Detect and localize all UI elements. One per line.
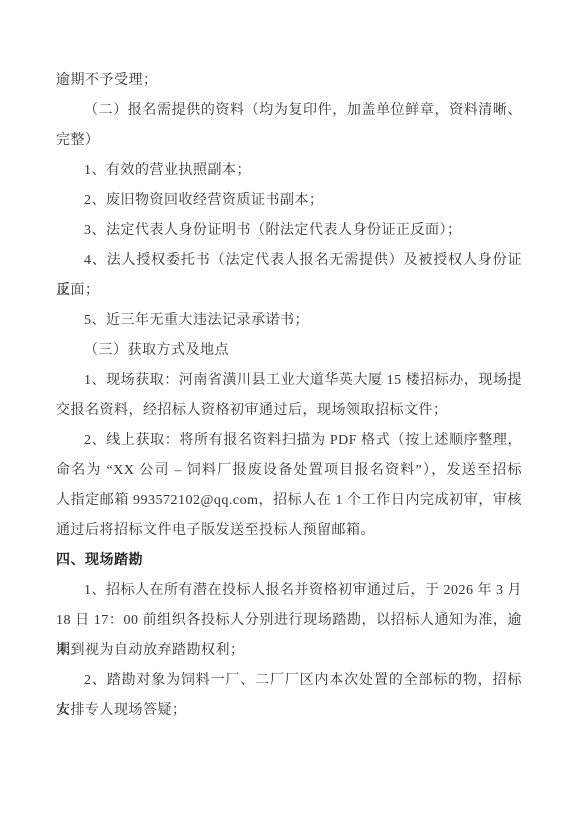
list-item-authorization-letter: 4、法人授权委托书（法定代表人报名无需提供）及被授权人身份证正 xyxy=(56,246,522,276)
text-line: 完整） xyxy=(56,126,522,156)
text-line: 1、招标人在所有潜在投标人报名并资格初审通过后，于 2026 年 3 月 xyxy=(56,576,522,606)
text-line: 18 日 17：00 前组织各投标人分别进行现场踏勘，以招标人通知为准，逾期 xyxy=(56,606,522,636)
list-item-legal-rep-id: 3、法定代表人身份证明书（附法定代表人身份证正反面）； xyxy=(56,216,522,246)
text-line: 逾期不予受理； xyxy=(56,66,522,96)
text-line: 2、线上获取：将所有报名资料扫描为 PDF 格式（按上述顺序整理， xyxy=(56,426,522,456)
text-line: 1、现场获取：河南省潢川县工业大道华英大厦 15 楼招标办，现场提 xyxy=(56,366,522,396)
subsection-heading-acquisition: （三）获取方式及地点 xyxy=(56,336,522,366)
text-line: 反面； xyxy=(56,276,522,306)
section-heading-site-survey: 四、现场踏勘 xyxy=(56,546,522,576)
list-item-recycling-qualification: 2、废旧物资回收经营资质证书副本； xyxy=(56,186,522,216)
text-line: 通过后将招标文件电子版发送至投标人预留邮箱。 xyxy=(56,516,522,546)
text-line: 2、踏勘对象为饲料一厂、二厂厂区内本次处置的全部标的物，招标人 xyxy=(56,666,522,696)
text-line: 未到视为自动放弃踏勘权利； xyxy=(56,636,522,666)
document-body: 逾期不予受理； （二）报名需提供的资料（均为复印件，加盖单位鲜章，资料清晰、 完… xyxy=(56,66,522,726)
list-item-business-license: 1、有效的营业执照副本； xyxy=(56,156,522,186)
list-item-no-violation-commitment: 5、近三年无重大违法记录承诺书； xyxy=(56,306,522,336)
document-page: 逾期不予受理； （二）报名需提供的资料（均为复印件，加盖单位鲜章，资料清晰、 完… xyxy=(0,0,573,815)
text-line: 交报名资料，经招标人资格初审通过后，现场领取招标文件； xyxy=(56,396,522,426)
text-line: 安排专人现场答疑； xyxy=(56,696,522,726)
text-line: 命名为 “XX 公司 – 饲料厂报废设备处置项目报名资料”），发送至招标 xyxy=(56,456,522,486)
text-line: （二）报名需提供的资料（均为复印件，加盖单位鲜章，资料清晰、 xyxy=(56,96,522,126)
text-line-email: 人指定邮箱 993572102@qq.com，招标人在 1 个工作日内完成初审，… xyxy=(56,486,522,516)
